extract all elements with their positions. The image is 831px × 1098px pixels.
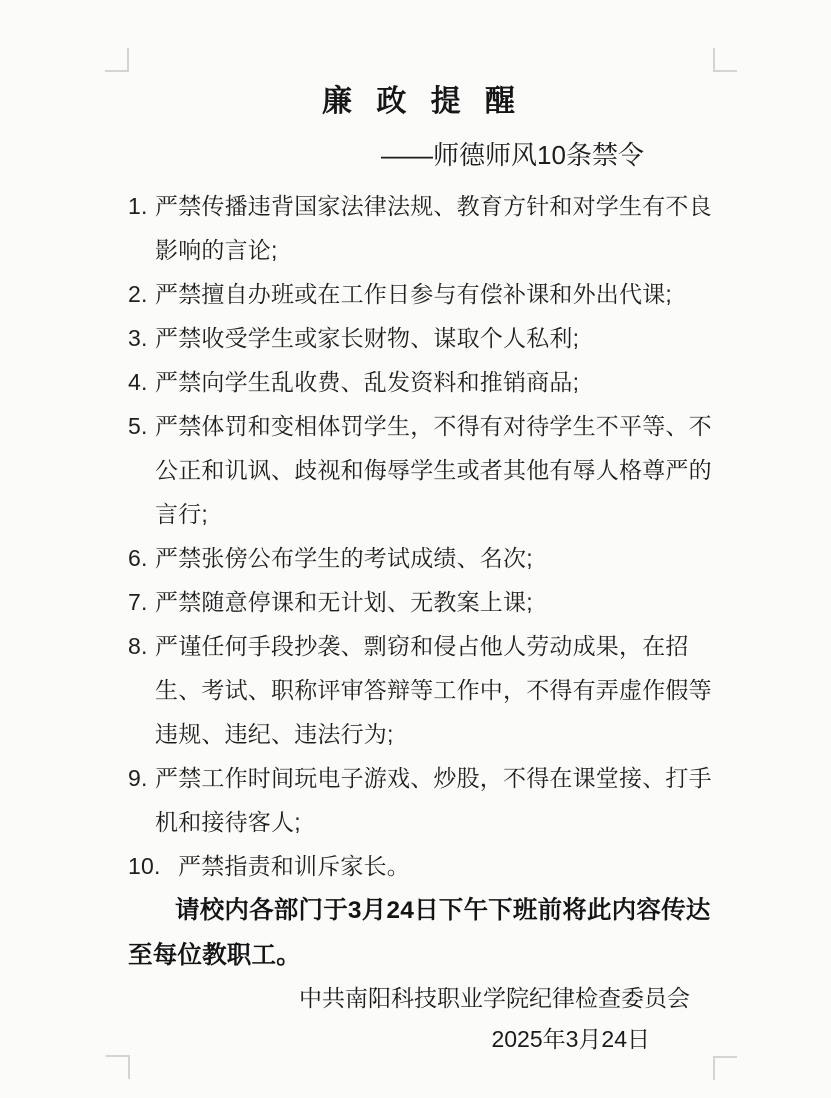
list-item: 5. 严禁体罚和变相体罚学生，不得有对待学生不平等、不公正和讥讽、歧视和侮辱学生… xyxy=(128,404,713,536)
item-text: 严禁擅自办班或在工作日参与有偿补课和外出代课; xyxy=(155,272,713,316)
closing-instruction: 请校内各部门于3月24日下午下班前将此内容传达至每位教职工。 xyxy=(128,888,713,978)
item-text: 严禁指责和训斥家长。 xyxy=(178,844,713,888)
list-item: 6. 严禁张傍公布学生的考试成绩、名次; xyxy=(128,536,713,580)
list-item: 1. 严禁传播违背国家法律法规、教育方针和对学生有不良影响的言论; xyxy=(128,184,713,272)
item-number: 5. xyxy=(128,404,155,448)
item-text: 严禁收受学生或家长财物、谋取个人私利; xyxy=(155,316,713,360)
item-text: 严禁随意停课和无计划、无教案上课; xyxy=(155,580,713,624)
item-text: 严禁向学生乱收费、乱发资料和推销商品; xyxy=(155,360,713,404)
list-item: 10. 严禁指责和训斥家长。 xyxy=(128,844,713,888)
item-text: 严谨任何手段抄袭、剽窃和侵占他人劳动成果，在招生、考试、职称评审答辩等工作中，不… xyxy=(155,624,713,756)
prohibition-list: 1. 严禁传播违背国家法律法规、教育方针和对学生有不良影响的言论; 2. 严禁擅… xyxy=(128,184,713,888)
list-item: 4. 严禁向学生乱收费、乱发资料和推销商品; xyxy=(128,360,713,404)
document-content: 廉 政 提 醒 ——师德师风10条禁令 1. 严禁传播违背国家法律法规、教育方针… xyxy=(128,0,713,1060)
list-item: 9. 严禁工作时间玩电子游戏、炒股，不得在课堂接、打手机和接待客人; xyxy=(128,756,713,844)
item-number: 3. xyxy=(128,316,155,360)
crop-mark-bottom-right xyxy=(713,1056,737,1080)
item-number: 9. xyxy=(128,756,155,800)
document-subtitle: ——师德师风10条禁令 xyxy=(220,141,805,169)
issue-date: 2025年3月24日 xyxy=(128,1018,713,1060)
list-item: 7. 严禁随意停课和无计划、无教案上课; xyxy=(128,580,713,624)
item-number: 4. xyxy=(128,360,155,404)
item-number: 10. xyxy=(128,844,178,888)
item-text: 严禁张傍公布学生的考试成绩、名次; xyxy=(155,536,713,580)
crop-mark-top-right xyxy=(713,48,737,72)
document-title: 廉 政 提 醒 xyxy=(128,86,713,118)
list-item: 2. 严禁擅自办班或在工作日参与有偿补课和外出代课; xyxy=(128,272,713,316)
list-item: 3. 严禁收受学生或家长财物、谋取个人私利; xyxy=(128,316,713,360)
item-number: 7. xyxy=(128,580,155,624)
item-number: 6. xyxy=(128,536,155,580)
item-number: 8. xyxy=(128,624,155,668)
item-text: 严禁工作时间玩电子游戏、炒股，不得在课堂接、打手机和接待客人; xyxy=(155,756,713,844)
issuer-signature: 中共南阳科技职业学院纪律检查委员会 xyxy=(128,978,713,1018)
item-number: 2. xyxy=(128,272,155,316)
document-page: 廉 政 提 醒 ——师德师风10条禁令 1. 严禁传播违背国家法律法规、教育方针… xyxy=(0,0,831,1098)
item-text: 严禁传播违背国家法律法规、教育方针和对学生有不良影响的言论; xyxy=(155,184,713,272)
item-text: 严禁体罚和变相体罚学生，不得有对待学生不平等、不公正和讥讽、歧视和侮辱学生或者其… xyxy=(155,404,713,536)
crop-mark-top-left xyxy=(105,48,129,72)
crop-mark-bottom-left xyxy=(106,1055,130,1079)
list-item: 8. 严谨任何手段抄袭、剽窃和侵占他人劳动成果，在招生、考试、职称评审答辩等工作… xyxy=(128,624,713,756)
item-number: 1. xyxy=(128,184,155,228)
